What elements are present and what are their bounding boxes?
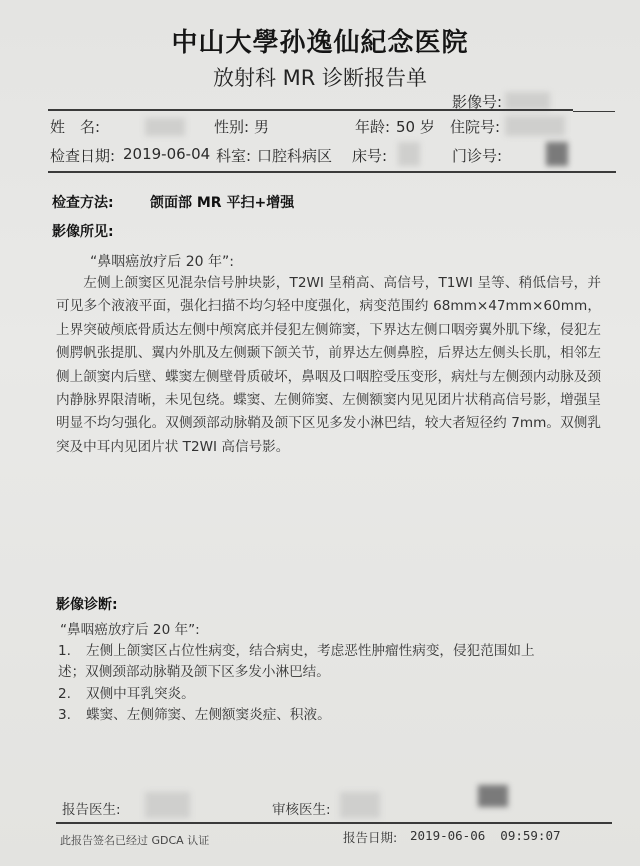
bed-no-label: 床号: [352, 145, 387, 166]
divider-footer [56, 822, 612, 824]
age-label: 年龄: [355, 116, 390, 137]
exam-date-label: 检查日期: [50, 145, 115, 166]
review-doctor-label: 审核医生: [272, 798, 331, 818]
diagnosis-item-2-num: 2. [58, 684, 71, 705]
report-date-label: 报告日期: [343, 828, 397, 846]
findings-history: “鼻咽癌放疗后 20 年”: [90, 251, 234, 271]
diagnosis-item-3-num: 3. [58, 705, 71, 726]
redacted-image-no [505, 92, 550, 110]
diagnosis-history: “鼻咽癌放疗后 20 年”: [60, 620, 200, 641]
redacted-report-doctor [145, 792, 190, 818]
exam-method-label: 检查方法: [52, 192, 114, 212]
diagnosis-item-2-text: 双侧中耳乳突炎。 [86, 684, 195, 705]
diagnosis-label: 影像诊断: [56, 594, 118, 614]
findings-label: 影像所见: [52, 221, 114, 241]
hospital-name: 中山大學孙逸仙紀念医院 [0, 22, 640, 59]
report-doctor-label: 报告医生: [62, 798, 121, 818]
divider-header-bottom [48, 171, 616, 173]
diagnosis-item-1-cont: 述；双侧颈部动脉鞘及颌下区多发小淋巴结。 [58, 662, 330, 683]
divider-top [48, 109, 573, 111]
divider [573, 111, 615, 112]
name-label: 姓 名: [50, 116, 100, 137]
department-label: 科室: [216, 145, 251, 166]
exam-method-value: 颌面部 MR 平扫+增强 [150, 192, 294, 212]
exam-date-value: 2019-06-04 [123, 145, 210, 163]
inpatient-no-label: 住院号: [450, 116, 500, 137]
report-date-value: 2019-06-06 09:59:07 [410, 828, 561, 843]
age-value: 50 岁 [396, 116, 435, 137]
redacted-inpatient-no [505, 116, 565, 136]
diagnosis-item-1-num: 1. [58, 641, 71, 662]
outpatient-no-label: 门诊号: [452, 145, 502, 166]
gender-value: 男 [254, 116, 269, 137]
redacted-bed-no [398, 142, 420, 166]
department-value: 口腔科病区 [257, 145, 332, 166]
gender-label: 性别: [214, 116, 249, 137]
report-page: 中山大學孙逸仙紀念医院 放射科 MR 诊断报告单 影像号: 姓 名: 性别: 男… [0, 0, 640, 866]
diagnosis-item-3-text: 蝶窦、左侧筛窦、左侧额窦炎症、积液。 [86, 705, 331, 726]
redacted-outpatient-no [546, 142, 568, 166]
findings-text: 左侧上颌窦区见混杂信号肿块影，T2WI 呈稍高、高信号，T1WI 呈等、稍低信号… [56, 272, 601, 459]
diagnosis-item-1-text: 左侧上颌窦区占位性病变，结合病史，考虑恶性肿瘤性病变，侵犯范围如上 [86, 641, 535, 662]
redacted-name [145, 118, 185, 136]
signature-note: 此报告签名已经过 GDCA 认证 [60, 832, 209, 848]
redacted-signature [478, 785, 508, 807]
redacted-review-doctor [340, 792, 380, 818]
report-title: 放射科 MR 诊断报告单 [0, 62, 640, 92]
